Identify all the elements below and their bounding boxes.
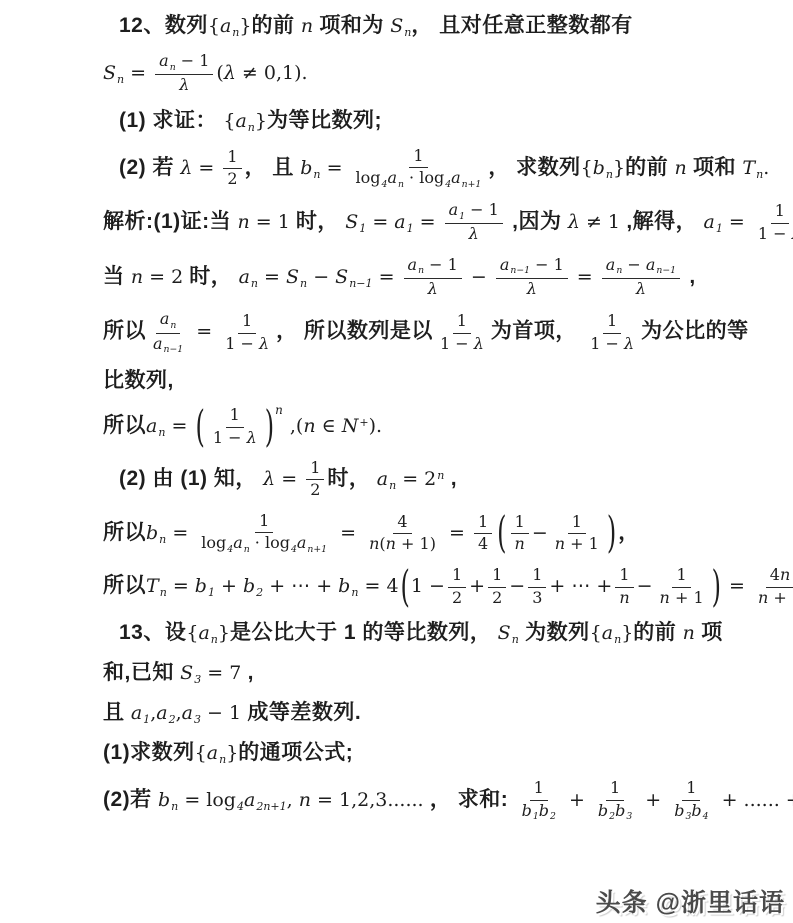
- math-variable: n: [515, 534, 525, 553]
- math-variable: n: [238, 211, 250, 233]
- math-variable: a: [602, 622, 613, 644]
- math-variable: n: [619, 588, 629, 607]
- fraction: 12: [488, 566, 506, 608]
- solution-general-term: 所以an = (11 − λ)n ,(n ∈ N+).: [103, 406, 747, 448]
- math-variable: n: [555, 534, 565, 553]
- subscript: n: [251, 277, 258, 290]
- text-run: 项和为: [313, 14, 390, 37]
- math-variable: a: [198, 622, 209, 644]
- math-variable: b: [158, 789, 170, 811]
- fraction: an − an−1λ: [602, 256, 680, 300]
- math-variable: b: [195, 575, 207, 597]
- math-variable: λ: [263, 468, 275, 490]
- math-roman: ≠ 1: [580, 211, 620, 233]
- subscript: n: [170, 320, 176, 331]
- text-run: 所以: [103, 520, 146, 543]
- math-variable: a: [387, 168, 397, 187]
- text-run: 时，: [327, 467, 376, 490]
- subscript: 2: [550, 811, 556, 822]
- math-roman: ·: [404, 168, 419, 187]
- math-roman: }: [621, 622, 633, 644]
- text-run: (2)若: [103, 788, 158, 811]
- math-variable: a: [408, 255, 418, 274]
- numerator: an − 1: [155, 52, 213, 75]
- math-variable: n: [780, 565, 790, 584]
- denominator: 1 − λ: [586, 334, 638, 354]
- numerator: 4: [393, 513, 411, 534]
- page: 12、数列{an}的前 n 项和为 Sn， 且对任意正整数都有Sn = an −…: [0, 0, 793, 923]
- text-run: 项: [695, 621, 723, 644]
- subscript: 4: [703, 811, 709, 822]
- math-variable: T: [146, 575, 159, 597]
- denominator: an−1: [149, 334, 187, 356]
- subscript: n: [248, 121, 255, 134]
- math-variable: b: [146, 521, 158, 543]
- math-roman: =: [258, 266, 286, 288]
- numerator: 1: [226, 406, 244, 427]
- math-roman: 1 −: [213, 428, 247, 447]
- math-roman: 1 −: [411, 574, 445, 600]
- math-roman: − 1: [530, 255, 564, 274]
- fraction: 1n + 1: [551, 513, 603, 555]
- subscript: 4: [237, 800, 244, 813]
- denominator: λ: [424, 279, 442, 299]
- problem-13-part2-question: (2)若 bn = log4a2n+1, n = 1,2,3...... ， 求…: [103, 779, 747, 823]
- text-run: ， 求和:: [424, 788, 515, 811]
- numerator: 1: [453, 312, 471, 333]
- math-roman: log: [265, 533, 290, 552]
- math-variable: λ: [624, 334, 634, 353]
- left-paren: (: [400, 558, 411, 616]
- numerator: 1: [223, 148, 241, 169]
- math-roman: = 2: [396, 468, 436, 490]
- math-roman: 4: [397, 512, 407, 531]
- subscript: 1: [208, 586, 215, 599]
- subscript: 1: [407, 222, 414, 235]
- problem-13-known: 和,已知 S3 = 7 ,: [103, 659, 747, 688]
- numerator: 1: [511, 513, 529, 534]
- fraction: 1n: [511, 513, 529, 555]
- numerator: 4n: [766, 566, 793, 587]
- math-variable: a: [146, 415, 157, 437]
- math-roman: 3: [532, 588, 542, 607]
- math-variable: a: [297, 533, 307, 552]
- text-run: ,: [683, 265, 696, 288]
- math-roman: ,(: [284, 415, 304, 437]
- subscript: n: [211, 633, 218, 646]
- math-variable: λ: [224, 62, 236, 84]
- math-variable: n: [660, 588, 670, 607]
- numerator: 1: [306, 459, 324, 480]
- solution-ratio-cont: 比数列,: [103, 367, 747, 395]
- math-roman: =: [192, 156, 220, 178]
- math-variable: n: [131, 266, 143, 288]
- math-variable: S: [335, 266, 348, 288]
- denominator: n + 1: [656, 588, 708, 608]
- fraction: 1log4an · log4an+1: [197, 512, 331, 556]
- numerator: 1: [528, 566, 546, 587]
- text-run: 的前: [251, 14, 300, 37]
- left-paren: (: [194, 398, 205, 456]
- text-run: 项和: [687, 155, 743, 178]
- math-roman: 1: [534, 778, 544, 797]
- math-roman: −: [465, 266, 493, 288]
- fraction: a1 − 1λ: [445, 201, 503, 245]
- denominator: b3b4: [670, 801, 712, 823]
- math-roman: − 1: [176, 51, 210, 70]
- math-variable: a: [131, 702, 142, 724]
- math-roman: 2: [492, 588, 502, 607]
- math-roman: + 1: [768, 588, 793, 607]
- math-roman: −: [622, 255, 646, 274]
- watermark: 头条 @浙里话语: [596, 883, 785, 919]
- math-variable: S: [286, 266, 299, 288]
- math-variable: b: [615, 801, 625, 820]
- fraction: 12: [223, 148, 241, 190]
- subscript: n+1: [462, 179, 482, 190]
- math-roman: = log: [178, 789, 236, 811]
- math-variable: b: [522, 801, 532, 820]
- numerator: an − 1: [404, 256, 462, 279]
- math-roman: +: [563, 789, 591, 811]
- solution-ratio: 所以anan−1 = 11 − λ， 所以数列是以11 − λ为首项， 11 −…: [103, 310, 747, 355]
- fraction: 1log4an · log4an+1: [352, 147, 486, 191]
- fraction: 11 − λ: [436, 312, 488, 354]
- math-variable: a: [377, 468, 388, 490]
- math-roman: {: [208, 15, 220, 37]
- math-roman: = 7: [201, 662, 241, 684]
- math-roman: 2: [310, 480, 320, 499]
- parenthesized-group: (1 − 12 + 12 − 13 + ⋯ + 1n − 1n + 1): [400, 566, 722, 608]
- numerator: 1: [409, 147, 427, 168]
- denominator: 1 − λ: [436, 334, 488, 354]
- math-variable: b: [300, 156, 312, 178]
- math-roman: 1: [515, 512, 525, 531]
- math-variable: b: [674, 801, 684, 820]
- denominator: b2b3: [594, 801, 636, 823]
- subscript: 3: [626, 811, 632, 822]
- math-roman: =: [321, 156, 349, 178]
- numerator: 1: [682, 779, 700, 800]
- denominator: λ: [175, 75, 193, 95]
- math-roman: =: [443, 521, 471, 543]
- denominator: 1 − λ: [209, 428, 261, 448]
- math-variable: a: [606, 255, 616, 274]
- math-variable: n: [674, 156, 686, 178]
- math-roman: =: [571, 266, 599, 288]
- denominator: λ: [632, 279, 650, 299]
- numerator: 1: [238, 312, 256, 333]
- text-run: 的通项公式;: [238, 741, 353, 764]
- math-variable: a: [220, 15, 231, 37]
- math-variable: n: [758, 588, 768, 607]
- math-variable: b: [338, 575, 350, 597]
- math-variable: a: [394, 211, 405, 233]
- fraction: 1n: [615, 566, 633, 608]
- math-variable: a: [207, 742, 218, 764]
- text-run: 且: [103, 701, 131, 724]
- math-variable: λ: [469, 224, 479, 243]
- math-roman: }: [218, 622, 230, 644]
- math-roman: ∈: [316, 415, 342, 437]
- math-roman: ·: [250, 533, 265, 552]
- math-variable: λ: [527, 279, 537, 298]
- math-variable: S: [103, 62, 116, 84]
- text-run: 13、设: [119, 621, 186, 644]
- text-run: (1)求数列: [103, 741, 195, 764]
- math-roman: −: [509, 574, 525, 600]
- problem-13-condition: 且 a1,a2,a3 − 1 成等差数列.: [103, 699, 747, 728]
- denominator: 2: [306, 480, 324, 500]
- denominator: 4: [474, 534, 492, 554]
- subscript: n−1: [164, 344, 184, 355]
- text-run: 所以: [103, 414, 146, 437]
- text-run: 为公比的等: [641, 320, 749, 343]
- math-variable: a: [159, 51, 169, 70]
- math-roman: + 1: [670, 588, 704, 607]
- math-roman: 1: [686, 778, 696, 797]
- problem-12-part2-question: (2) 若 λ = 12， 且 bn = 1log4an · log4an+1，…: [103, 147, 747, 191]
- denominator: 1 − λ: [221, 334, 273, 354]
- solution-case-n1: 解析:(1)证:当 n = 1 时， S1 = a1 = a1 − 1λ ,因为…: [103, 201, 747, 245]
- problem-12-part1-question: (1) 求证： {an}为等比数列;: [103, 107, 747, 136]
- text-run: ， 所以数列是以: [276, 320, 433, 343]
- subscript: n+1: [307, 544, 327, 555]
- math-variable: λ: [247, 428, 257, 447]
- math-roman: ,: [287, 789, 299, 811]
- math-roman: 1: [619, 565, 629, 584]
- math-roman: 1: [230, 405, 240, 424]
- math-variable: N: [342, 415, 359, 437]
- math-variable: S: [345, 211, 358, 233]
- text-run: 当: [103, 265, 131, 288]
- subscript: n: [512, 633, 519, 646]
- math-roman: log: [356, 168, 381, 187]
- numerator: an: [156, 310, 181, 333]
- math-roman: + 1: [565, 534, 599, 553]
- fraction: an − 1λ: [404, 256, 462, 300]
- math-roman: + ...... +: [716, 789, 793, 811]
- fraction: an − 1λ: [155, 52, 213, 96]
- numerator: 1: [474, 513, 492, 534]
- math-roman: 1: [532, 565, 542, 584]
- math-variable: a: [449, 200, 459, 219]
- math-variable: λ: [428, 279, 438, 298]
- math-roman: =: [165, 415, 193, 437]
- math-roman: 1: [457, 311, 467, 330]
- problem-13-intro: 13、设{an}是公比大于 1 的等比数列， Sn 为数列{an}的前 n 项: [103, 619, 747, 648]
- math-roman: ).: [294, 62, 307, 84]
- denominator: λ: [465, 224, 483, 244]
- text-run: 时，: [296, 210, 345, 233]
- denominator: log4an · log4an+1: [197, 533, 331, 555]
- math-variable: λ: [474, 334, 484, 353]
- parenthesized-group: (1n − 1n + 1): [496, 513, 617, 555]
- math-roman: {: [590, 622, 602, 644]
- math-roman: 1: [572, 512, 582, 531]
- math-variable: n: [303, 415, 315, 437]
- problem-12-formula-sn: Sn = an − 1λ(λ ≠ 0,1).: [103, 52, 747, 96]
- subscript: n: [606, 168, 613, 181]
- math-roman: log: [419, 168, 444, 187]
- math-variable: b: [593, 156, 605, 178]
- math-roman: =: [414, 211, 442, 233]
- text-run: ,解得，: [620, 210, 704, 233]
- math-roman: = 2: [143, 266, 189, 288]
- text-run: 为数列: [519, 621, 590, 644]
- math-roman: 1: [607, 311, 617, 330]
- numerator: 1: [672, 566, 690, 587]
- math-roman: 1: [310, 458, 320, 477]
- math-roman: }: [226, 742, 238, 764]
- math-variable: n: [299, 789, 311, 811]
- denominator: 2: [223, 169, 241, 189]
- math-variable: n: [301, 15, 313, 37]
- fraction: 11 − λ: [221, 312, 273, 354]
- numerator: 1: [448, 566, 466, 587]
- math-roman: 2: [452, 588, 462, 607]
- denominator: n: [511, 534, 529, 554]
- math-variable: b: [243, 575, 255, 597]
- text-run: 时，: [189, 265, 238, 288]
- math-roman: 1 −: [758, 224, 792, 243]
- math-roman: (: [216, 62, 223, 84]
- math-variable: n: [386, 534, 396, 553]
- math-variable: a: [646, 255, 656, 274]
- fraction: an−1 − 1λ: [496, 256, 568, 300]
- math-roman: 1: [775, 201, 785, 220]
- text-run: 的前: [625, 155, 674, 178]
- math-roman: = 1: [250, 211, 296, 233]
- text-run: 为首项，: [491, 320, 583, 343]
- math-variable: a: [182, 702, 193, 724]
- left-paren: (: [496, 504, 507, 562]
- fraction: 1b1b2: [518, 779, 560, 823]
- math-variable: S: [498, 622, 511, 644]
- math-roman: 1: [478, 512, 488, 531]
- math-roman: log: [201, 533, 226, 552]
- math-variable: λ: [568, 211, 580, 233]
- math-roman: +: [215, 575, 243, 597]
- denominator: b1b2: [518, 801, 560, 823]
- denominator: 2: [448, 588, 466, 608]
- solution-tn: 所以Tn = b1 + b2 + ⋯ + bn = 4(1 − 12 + 12 …: [103, 566, 747, 608]
- text-run: ， 且: [245, 155, 301, 178]
- numerator: 1: [606, 779, 624, 800]
- denominator: n(n + 1): [365, 534, 440, 554]
- math-roman: =: [373, 266, 401, 288]
- fraction: 11 − λ: [754, 202, 793, 244]
- subscript: n−1: [510, 265, 530, 276]
- denominator: λ: [523, 279, 541, 299]
- math-roman: − 1: [201, 702, 241, 724]
- math-variable: b: [691, 801, 701, 820]
- text-run: 和,已知: [103, 661, 180, 684]
- math-variable: a: [451, 168, 461, 187]
- subscript: 2: [169, 713, 176, 726]
- fraction: 14: [474, 513, 492, 555]
- math-roman: =: [723, 211, 751, 233]
- text-run: (1) 求证：: [119, 109, 223, 132]
- math-roman: 2: [227, 169, 237, 188]
- solution-case-n2: 当 n = 2 时， an = Sn − Sn−1 = an − 1λ − an…: [103, 256, 747, 300]
- math-roman: + ⋯ +: [263, 575, 338, 597]
- math-variable: λ: [636, 279, 646, 298]
- text-run: (2) 若: [119, 155, 180, 178]
- text-run: 为等比数列;: [267, 109, 382, 132]
- text-run: 所以: [103, 320, 146, 343]
- denominator: 3: [528, 588, 546, 608]
- math-roman: 1 −: [225, 334, 259, 353]
- math-roman: 1: [492, 565, 502, 584]
- fraction: anan−1: [149, 310, 187, 355]
- numerator: an−1 − 1: [496, 256, 568, 279]
- subscript: n−1: [656, 265, 676, 276]
- numerator: 1: [615, 566, 633, 587]
- math-variable: a: [160, 309, 170, 328]
- text-run: 的前: [633, 621, 682, 644]
- math-roman: {: [195, 742, 207, 764]
- math-roman: 4: [478, 534, 488, 553]
- math-roman: = 1,2,3......: [311, 789, 424, 811]
- denominator: 1 − λ: [754, 224, 793, 244]
- math-roman: 1: [676, 565, 686, 584]
- numerator: 1: [488, 566, 506, 587]
- denominator: log4an · log4an+1: [352, 168, 486, 190]
- parenthesized-group: (11 − λ)n: [194, 406, 282, 448]
- right-paren: ): [711, 558, 722, 616]
- fraction: 11 − λ: [209, 406, 261, 448]
- text-run: ， 且对任意正整数都有: [411, 14, 632, 37]
- math-roman: =: [334, 521, 362, 543]
- text-run: 是公比大于 1 的等比数列，: [230, 621, 498, 644]
- math-roman: }: [255, 110, 267, 132]
- math-variable: S: [180, 662, 193, 684]
- math-roman: 1: [242, 311, 252, 330]
- right-paren: ): [606, 504, 617, 562]
- fraction: 12: [448, 566, 466, 608]
- math-variable: λ: [179, 75, 189, 94]
- math-variable: n: [369, 534, 379, 553]
- math-roman: {: [581, 156, 593, 178]
- superscript: +: [359, 416, 368, 429]
- math-roman: {: [186, 622, 198, 644]
- math-variable: a: [153, 334, 163, 353]
- subscript: n−1: [349, 277, 372, 290]
- subscript: n: [313, 168, 320, 181]
- fraction: 1b2b3: [594, 779, 636, 823]
- math-roman: =: [723, 575, 751, 597]
- solution-part2-lambda: (2) 由 (1) 知， λ = 12时， an = 2n ,: [103, 459, 747, 501]
- subscript: 1: [716, 222, 723, 235]
- math-roman: −: [532, 521, 548, 547]
- math-roman: −: [307, 266, 335, 288]
- text-run: 12、数列: [119, 14, 208, 37]
- denominator: n + 1: [754, 588, 793, 608]
- math-variable: b: [598, 801, 608, 820]
- math-variable: a: [500, 255, 510, 274]
- denominator: n: [615, 588, 633, 608]
- math-roman: }: [613, 156, 625, 178]
- math-variable: a: [235, 110, 246, 132]
- math-roman: +: [469, 574, 485, 600]
- denominator: n + 1: [551, 534, 603, 554]
- numerator: 1: [771, 202, 789, 223]
- math-roman: 1: [452, 565, 462, 584]
- numerator: a1 − 1: [445, 201, 503, 224]
- fraction: 11 − λ: [586, 312, 638, 354]
- math-roman: }: [239, 15, 251, 37]
